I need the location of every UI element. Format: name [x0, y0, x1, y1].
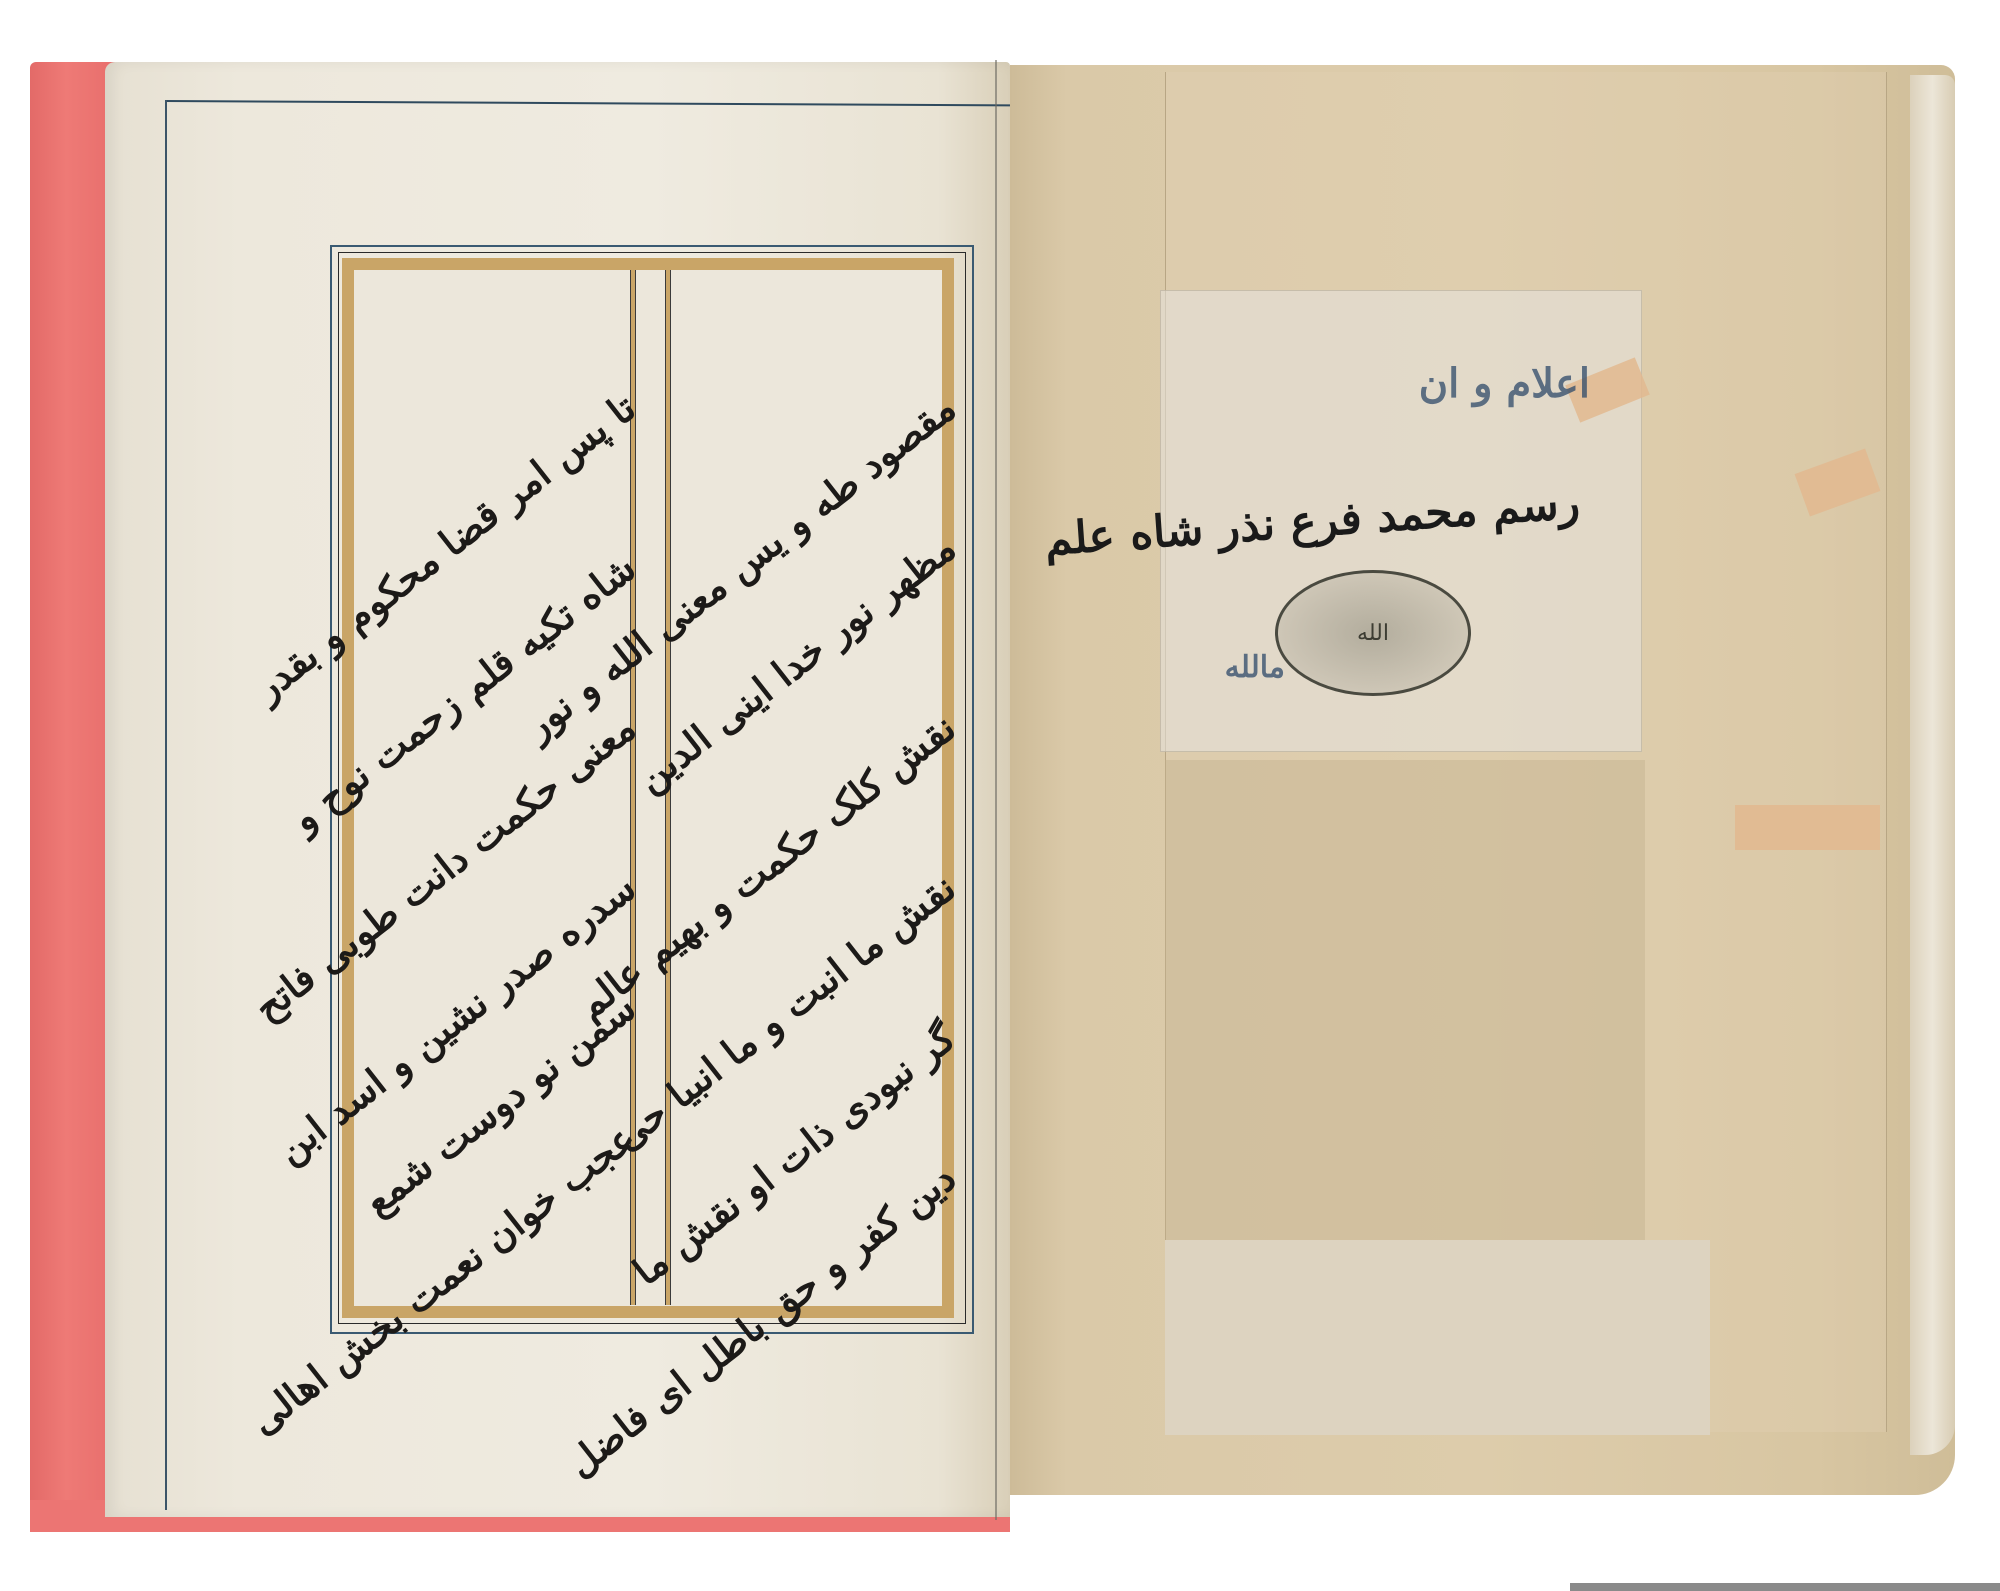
stained-lower-panel [1165, 760, 1645, 1240]
seal-impression: الله [1275, 570, 1471, 696]
gutter-fold [995, 60, 997, 1520]
tape-strip [1735, 805, 1880, 850]
right-page-fore-edge [1910, 75, 1955, 1455]
left-page-side-rule [165, 100, 167, 1510]
seal-text: الله [1357, 621, 1389, 646]
bottom-repair-panel [1165, 1240, 1710, 1435]
ink-notation-small: مالله [1205, 650, 1285, 685]
bottom-edge-bar [1570, 1583, 2000, 1591]
ink-notation-faded: اعلام و ان [1160, 360, 1590, 407]
